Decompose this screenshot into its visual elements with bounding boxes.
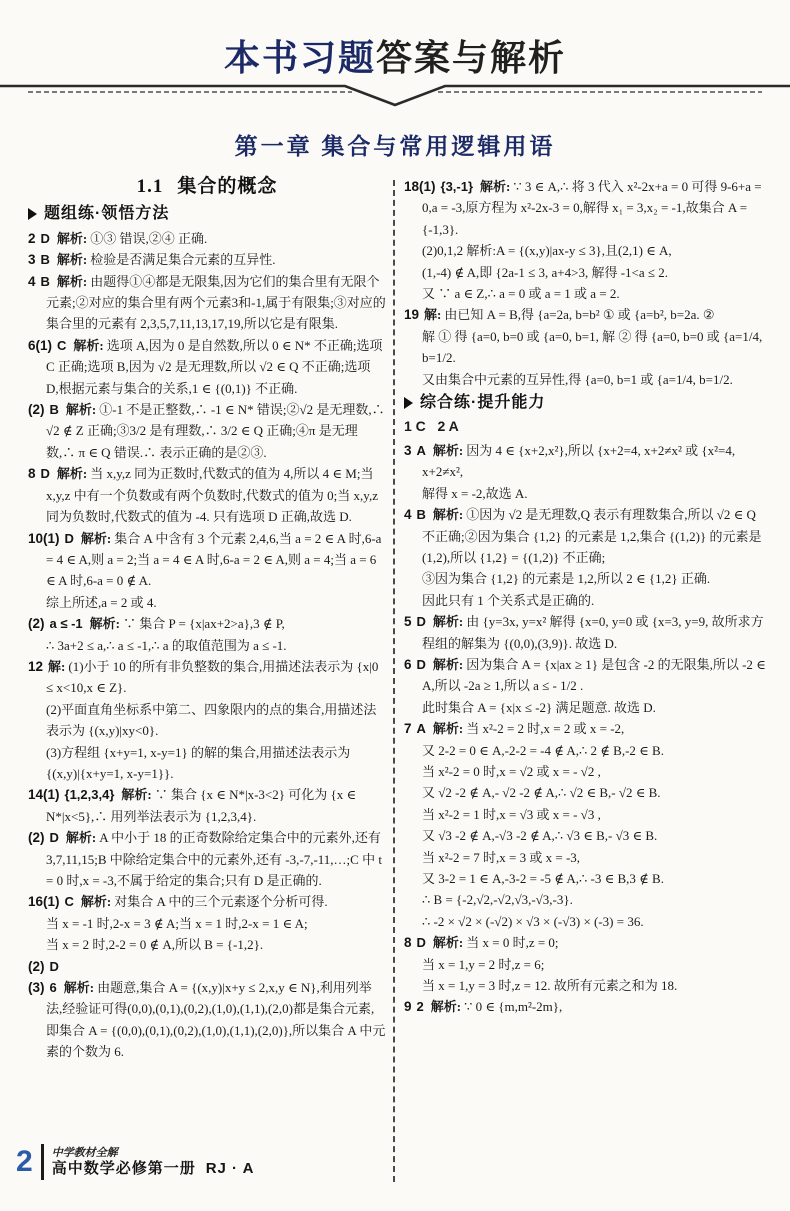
item-text: A 中小于 18 的正奇数除给定集合中的元素外,还有 3,7,11,15;B 中… <box>46 830 382 888</box>
item-text: ①-1 不是正整数,∴ -1 ∈ N* 错误;②√2 是无理数,∴ √2 ∉ Z… <box>46 402 385 460</box>
item-number: (2) <box>28 959 45 974</box>
solution-item: 5D解析:由 {y=3x, y=x² 解得 {x=0, y=0 或 {x=3, … <box>404 611 766 654</box>
right-column: 18(1){3,-1}解析:∵ 3 ∈ A,∴ 将 3 代入 x²-2x+a =… <box>404 176 766 1186</box>
item-text: 当 x²-2 = 2 时,x = 2 或 x = -2, 又 2-2 = 0 ∈… <box>422 721 664 929</box>
analysis-label: 解析: <box>57 231 87 246</box>
item-number: 3 <box>404 443 412 458</box>
footer-text: 中学教材全解 高中数学必修第一册RJ · A <box>52 1147 255 1177</box>
item-text: 因为集合 A = {x|ax ≥ 1} 是包含 -2 的无限集,所以 -2 ∈ … <box>422 657 766 715</box>
solution-item: 19解:由已知 A = B,得 {a=2a, b=b² ① 或 {a=b², b… <box>404 304 766 390</box>
book-page: 本书习题答案与解析 第一章 集合与常用逻辑用语 1.1集合的概念 题组练·领悟方… <box>0 0 790 1211</box>
page-title-secondary: 答案与解析 <box>376 37 566 78</box>
group-header-label: 题组练·领悟方法 <box>44 203 169 224</box>
item-number: 3 <box>28 252 36 267</box>
solution-item: 3A解析:因为 4 ∈ {x+2,x²},所以 {x+2=4, x+2≠x² 或… <box>404 440 766 504</box>
item-answer: 2 <box>417 999 424 1014</box>
analysis-label: 解析: <box>433 614 463 629</box>
analysis-label: 解析: <box>57 466 87 481</box>
item-answer: B <box>417 507 426 522</box>
solution-item: (2)B解析:①-1 不是正整数,∴ -1 ∈ N* 错误;②√2 是无理数,∴… <box>28 399 386 463</box>
item-answer: D <box>417 657 426 672</box>
solution-item: 3B解析:检验是否满足集合元素的互异性. <box>28 249 386 270</box>
section-title: 1.1集合的概念 <box>28 176 386 197</box>
item-answer: D <box>41 466 50 481</box>
item-number: 7 <box>404 721 412 736</box>
solution-item: (2)D解析:A 中小于 18 的正奇数除给定集合中的元素外,还有 3,7,11… <box>28 827 386 891</box>
item-text: 检验是否满足集合元素的互异性. <box>90 252 275 267</box>
analysis-label: 解析: <box>433 657 463 672</box>
solution-item: (2)a ≤ -1解析:∵ 集合 P = {x|ax+2>a},3 ∉ P, ∴… <box>28 613 386 656</box>
item-number: 8 <box>404 935 412 950</box>
item-answer: D <box>50 959 59 974</box>
analysis-label: 解析: <box>433 721 463 736</box>
solution-item: 8D解析:当 x,y,z 同为正数时,代数式的值为 4,所以 4 ∈ M;当 x… <box>28 463 386 527</box>
item-text: 由 {y=3x, y=x² 解得 {x=0, y=0 或 {x=3, y=9, … <box>422 614 764 650</box>
item-answer: C <box>57 338 66 353</box>
item-answer: D <box>41 231 50 246</box>
item-text: (1)小于 10 的所有非负整数的集合,用描述法表示为 {x|0 ≤ x<10,… <box>46 659 378 781</box>
item-text: 由题得①④都是无限集,因为它们的集合里有无限个元素;②对应的集合里有两个元素3和… <box>46 274 386 332</box>
item-answer: 6 <box>50 980 57 995</box>
item-number: 19 <box>404 307 419 322</box>
title-divider-rule <box>0 82 790 110</box>
analysis-label: 解析: <box>121 787 151 802</box>
group-header-label: 综合练·提升能力 <box>420 392 545 413</box>
analysis-label: 解析: <box>57 274 87 289</box>
analysis-label: 解析: <box>57 252 87 267</box>
item-number: (2) <box>28 830 45 845</box>
item-number: 14(1) <box>28 787 60 802</box>
analysis-label: 解析: <box>433 507 463 522</box>
section-title-text: 集合的概念 <box>177 176 277 197</box>
item-answer: {3,-1} <box>441 179 474 194</box>
item-number: 18(1) <box>404 179 436 194</box>
solution-item: 2D解析:①③ 错误,②④ 正确. <box>28 228 386 249</box>
item-answer: {1,2,3,4} <box>65 787 115 802</box>
right-items-list-top: 18(1){3,-1}解析:∵ 3 ∈ A,∴ 将 3 代入 x²-2x+a =… <box>404 176 766 390</box>
item-answer: B <box>41 274 50 289</box>
page-title-primary: 本书习题 <box>224 37 376 78</box>
item-text: 当 x,y,z 同为正数时,代数式的值为 4,所以 4 ∈ M;当 x,y,z … <box>46 466 378 524</box>
analysis-label: 解析: <box>64 980 94 995</box>
item-number: 4 <box>28 274 36 289</box>
solution-item: 4B解析:由题得①④都是无限集,因为它们的集合里有无限个元素;②对应的集合里有两… <box>28 271 386 335</box>
analysis-label: 解析: <box>433 935 463 950</box>
item-number: 2 <box>28 231 36 246</box>
solution-item: (2)D <box>28 956 386 977</box>
analysis-label: 解析: <box>480 179 510 194</box>
solution-item: 14(1){1,2,3,4}解析:∵ 集合 {x ∈ N*|x-3<2} 可化为… <box>28 784 386 827</box>
section-number: 1.1 <box>137 176 164 197</box>
chapter-title: 第一章 集合与常用逻辑用语 <box>0 128 790 161</box>
left-items-list: 2D解析:①③ 错误,②④ 正确. 3B解析:检验是否满足集合元素的互异性. 4… <box>28 228 386 1063</box>
item-text: ∵ 0 ∈ {m,m²-2m}, <box>464 999 562 1014</box>
item-text: ∵ 3 ∈ A,∴ 将 3 代入 x²-2x+a = 0 可得 9-6+a = … <box>422 179 762 301</box>
solution-item: 6D解析:因为集合 A = {x|ax ≥ 1} 是包含 -2 的无限集,所以 … <box>404 654 766 718</box>
item-answer: C <box>65 894 74 909</box>
solution-item: 8D解析:当 x = 0 时,z = 0; 当 x = 1,y = 2 时,z … <box>404 932 766 996</box>
solution-item: 4B解析:①因为 √2 是无理数,Q 表示有理数集合,所以 √2 ∈ Q 不正确… <box>404 504 766 611</box>
column-divider-dashed-line <box>393 180 395 1182</box>
series-brand: 中学教材全解 <box>52 1147 255 1160</box>
analysis-label: 解析: <box>433 443 463 458</box>
left-column: 1.1集合的概念 题组练·领悟方法 2D解析:①③ 错误,②④ 正确. 3B解析… <box>28 176 386 1156</box>
solution-item: 16(1)C解析:对集合 A 中的三个元素逐个分析可得. 当 x = -1 时,… <box>28 891 386 955</box>
book-title: 高中数学必修第一册RJ · A <box>52 1160 255 1177</box>
item-number: (2) <box>28 402 45 417</box>
item-text: 由已知 A = B,得 {a=2a, b=b² ① 或 {a=b², b=2a.… <box>422 307 762 386</box>
item-answer: A <box>417 721 426 736</box>
item-number: 16(1) <box>28 894 60 909</box>
item-number: (3) <box>28 980 45 995</box>
item-answer: A <box>417 443 426 458</box>
solution-item: 10(1)D解析:集合 A 中含有 3 个元素 2,4,6,当 a = 2 ∈ … <box>28 528 386 614</box>
item-number: 8 <box>28 466 36 481</box>
solution-item: (3)6解析:由题意,集合 A = {(x,y)|x+y ≤ 2,x,y ∈ N… <box>28 977 386 1063</box>
item-number: 6(1) <box>28 338 52 353</box>
analysis-label: 解析: <box>81 894 111 909</box>
analysis-label: 解析: <box>431 999 461 1014</box>
item-number: 9 <box>404 999 412 1014</box>
analysis-label: 解析: <box>66 402 96 417</box>
solution-item: 18(1){3,-1}解析:∵ 3 ∈ A,∴ 将 3 代入 x²-2x+a =… <box>404 176 766 304</box>
item-number: 5 <box>404 614 412 629</box>
page-footer: 2 中学教材全解 高中数学必修第一册RJ · A <box>16 1144 254 1180</box>
edition-code: RJ · A <box>206 1160 255 1177</box>
analysis-label: 解: <box>48 659 65 674</box>
page-number: 2 <box>16 1147 33 1177</box>
quick-answers-row: 1 C 2 A <box>404 416 766 437</box>
solution-item: 7A解析:当 x²-2 = 2 时,x = 2 或 x = -2, 又 2-2 … <box>404 718 766 932</box>
book-title-text: 高中数学必修第一册 <box>52 1160 196 1177</box>
triangle-marker-icon <box>404 397 413 409</box>
right-items-list-bottom: 3A解析:因为 4 ∈ {x+2,x²},所以 {x+2=4, x+2≠x² 或… <box>404 440 766 1018</box>
item-number: (2) <box>28 616 45 631</box>
group-header-practice: 题组练·领悟方法 <box>28 203 386 224</box>
item-number: 10(1) <box>28 531 60 546</box>
triangle-marker-icon <box>28 208 37 220</box>
solution-item: 6(1)C解析:选项 A,因为 0 是自然数,所以 0 ∈ N* 不正确;选项 … <box>28 335 386 399</box>
item-answer: B <box>41 252 50 267</box>
item-answer: D <box>417 935 426 950</box>
item-answer: B <box>50 402 59 417</box>
solution-item: 12解:(1)小于 10 的所有非负整数的集合,用描述法表示为 {x|0 ≤ x… <box>28 656 386 784</box>
group-header-comprehensive: 综合练·提升能力 <box>404 392 766 413</box>
analysis-label: 解析: <box>66 830 96 845</box>
item-text: ①③ 错误,②④ 正确. <box>90 231 207 246</box>
item-number: 12 <box>28 659 43 674</box>
item-answer: D <box>65 531 74 546</box>
item-answer: D <box>417 614 426 629</box>
analysis-label: 解: <box>424 307 441 322</box>
item-number: 6 <box>404 657 412 672</box>
analysis-label: 解析: <box>73 338 103 353</box>
item-text: 由题意,集合 A = {(x,y)|x+y ≤ 2,x,y ∈ N},利用列举法… <box>46 980 385 1059</box>
item-answer: a ≤ -1 <box>50 616 83 631</box>
item-answer: D <box>50 830 59 845</box>
solution-item: 92解析:∵ 0 ∈ {m,m²-2m}, <box>404 996 766 1017</box>
analysis-label: 解析: <box>81 531 111 546</box>
page-title: 本书习题答案与解析 <box>0 30 790 81</box>
item-number: 4 <box>404 507 412 522</box>
item-text: 因为 4 ∈ {x+2,x²},所以 {x+2=4, x+2≠x² 或 {x²=… <box>422 443 735 501</box>
footer-divider-bar <box>41 1144 44 1180</box>
item-text: ①因为 √2 是无理数,Q 表示有理数集合,所以 √2 ∈ Q 不正确;②因为集… <box>422 507 761 608</box>
analysis-label: 解析: <box>90 616 120 631</box>
